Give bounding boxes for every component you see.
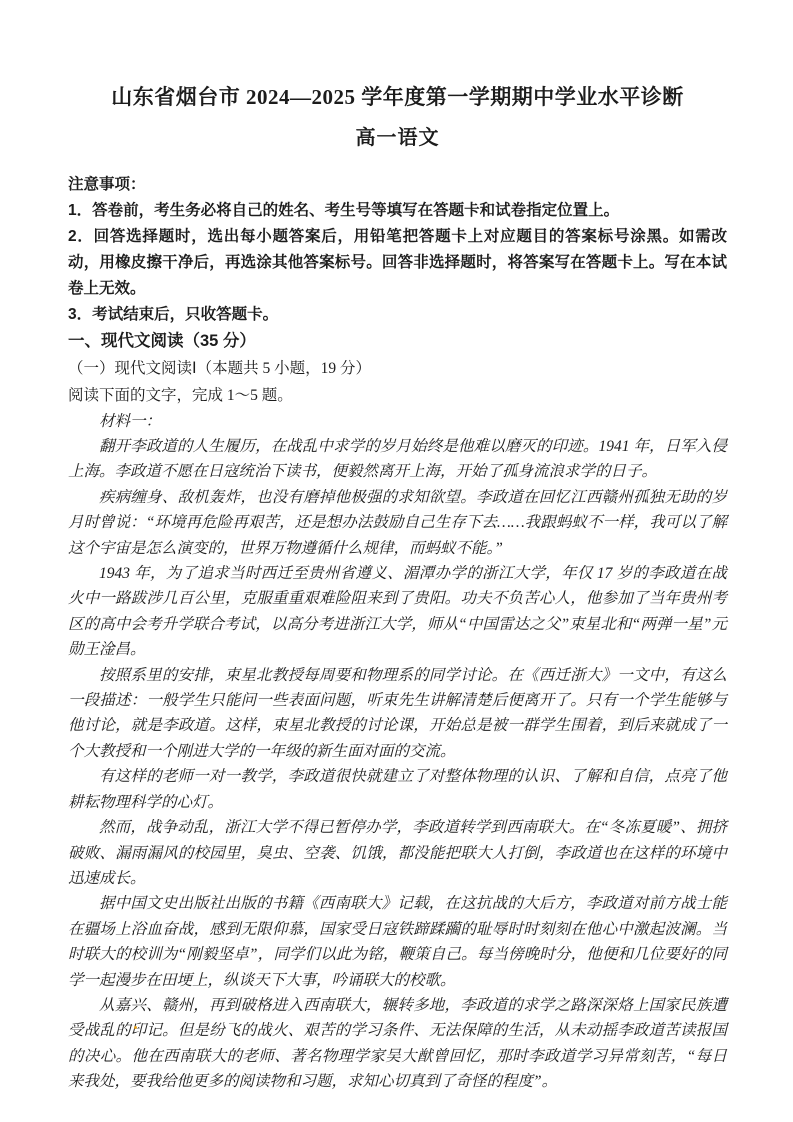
scan-speck-artifact — [134, 1026, 137, 1029]
notice-item-2: 2．回答选择题时，选出每小题答案后，用铅笔把答题卡上对应题目的答案标号涂黑。如需… — [68, 224, 727, 302]
material-paragraph: 据中国文史出版社出版的书籍《西南联大》记载，在这抗战的大后方，李政道对前方战士能… — [68, 891, 727, 993]
reading-instruction: 阅读下面的文字，完成 1～5 题。 — [68, 382, 727, 409]
exam-paper-page: 山东省烟台市 2024—2025 学年度第一学期期中学业水平诊断 高一语文 注意… — [0, 0, 793, 1122]
page-subtitle: 高一语文 — [68, 126, 727, 150]
material-one: 材料一： 翻开李政道的人生履历，在战乱中求学的岁月始终是他难以磨灭的印迹。194… — [68, 409, 727, 1095]
material-paragraph: 1943 年，为了追求当时西迁至贵州省遵义、湄潭办学的浙江大学，年仅 17 岁的… — [68, 561, 727, 663]
page-title: 山东省烟台市 2024—2025 学年度第一学期期中学业水平诊断 — [68, 84, 727, 110]
subsection-heading-reading-1: （一）现代文阅读Ⅰ（本题共 5 小题，19 分） — [68, 355, 727, 382]
material-label: 材料一： — [68, 409, 727, 434]
notice-item-3: 3．考试结束后，只收答题卡。 — [68, 302, 727, 328]
material-paragraph: 疾病缠身、敌机轰炸，也没有磨掉他极强的求知欲望。李政道在回忆江西赣州孤独无助的岁… — [68, 485, 727, 561]
notice-heading: 注意事项： — [68, 172, 727, 198]
material-paragraph: 有这样的老师一对一教学，李政道很快就建立了对整体物理的认识、了解和自信，点亮了他… — [68, 764, 727, 815]
section-heading-modern-reading: 一、现代文阅读（35 分） — [68, 328, 727, 355]
material-paragraph: 按照系里的安排，束星北教授每周要和物理系的同学讨论。在《西迁浙大》一文中，有这么… — [68, 663, 727, 765]
material-paragraph: 从嘉兴、赣州，再到破格进入西南联大，辗转多地，李政道的求学之路深深烙上国家民族遭… — [68, 993, 727, 1095]
material-paragraph: 然而，战争动乱，浙江大学不得已暂停办学，李政道转学到西南联大。在“冬冻夏暖”、拥… — [68, 815, 727, 891]
notice-section: 注意事项： 1．答卷前，考生务必将自己的姓名、考生号等填写在答题卡和试卷指定位置… — [68, 172, 727, 328]
material-paragraph: 翻开李政道的人生履历，在战乱中求学的岁月始终是他难以磨灭的印迹。1941 年，日… — [68, 434, 727, 485]
notice-item-1: 1．答卷前，考生务必将自己的姓名、考生号等填写在答题卡和试卷指定位置上。 — [68, 198, 727, 224]
